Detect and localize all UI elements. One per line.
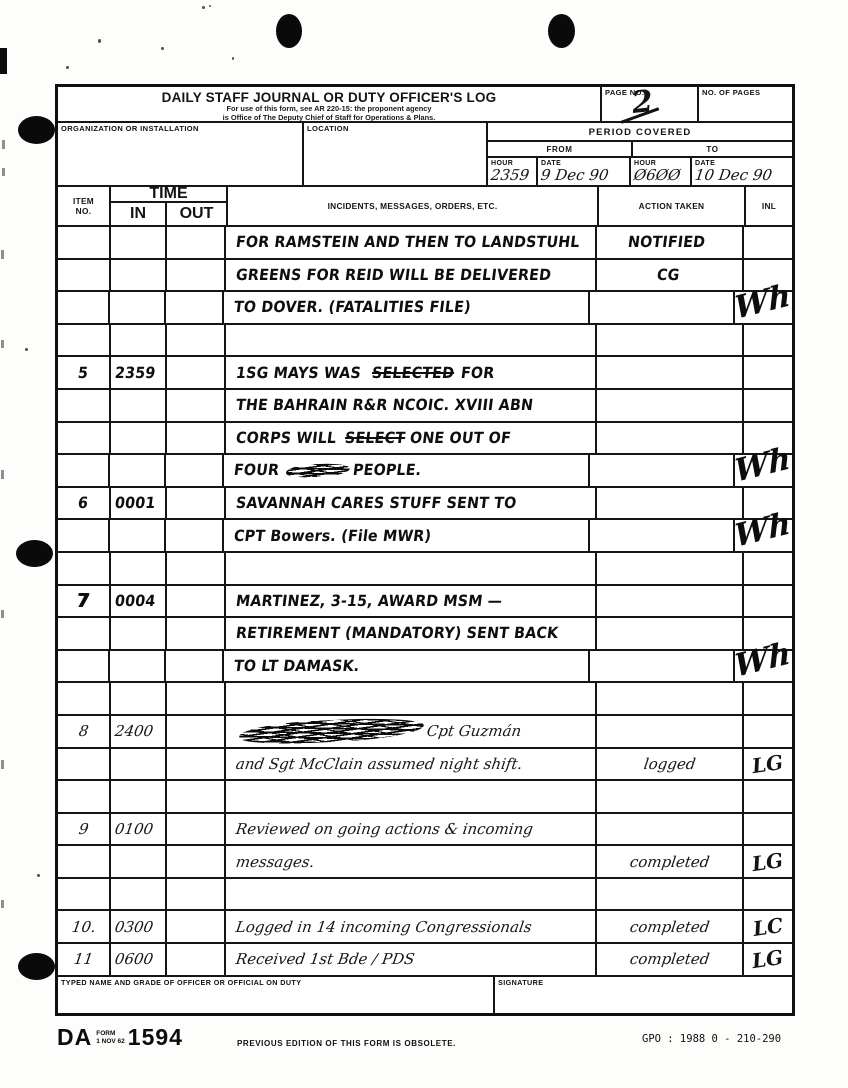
time-in-cell: 0600 xyxy=(111,944,167,975)
scan-edge-mark xyxy=(2,140,5,149)
item-no-cell: 6 xyxy=(58,488,111,519)
da-form-1594: DAILY STAFF JOURNAL OR DUTY OFFICER'S LO… xyxy=(55,84,795,1016)
incident-cell xyxy=(226,879,597,910)
time-in-cell: 0300 xyxy=(111,911,167,942)
initials-cell: Wh xyxy=(735,455,792,486)
time-in-cell: 2359 xyxy=(111,357,167,388)
incident-text: FOR xyxy=(460,364,496,382)
table-row: FOUR PEOPLE.Wh xyxy=(58,455,792,488)
time-in-cell xyxy=(111,423,167,454)
time-in-cell: 0001 xyxy=(111,488,167,519)
item-no-cell xyxy=(58,390,111,421)
time-out-cell xyxy=(166,455,224,486)
time-in-header: IN xyxy=(111,203,167,225)
action-cell xyxy=(597,618,744,649)
time-out-cell xyxy=(167,716,226,747)
action-cell xyxy=(597,683,744,714)
table-row xyxy=(58,879,792,912)
initials-cell: LC xyxy=(744,911,792,942)
time-header: TIME IN OUT xyxy=(111,187,228,225)
incident-text: Logged in 14 incoming Congressionals xyxy=(235,918,533,936)
table-row: 60001SAVANNAH CARES STUFF SENT TO xyxy=(58,488,792,521)
incident-cell: Received 1st Bde / PDS xyxy=(226,944,597,975)
period-from-date-cell: DATE 9 Dec 90 xyxy=(538,158,631,185)
time-in-value: 0004 xyxy=(114,592,157,610)
to-date-value-handwritten: 10 Dec 90 xyxy=(694,166,774,184)
action-cell xyxy=(597,325,744,356)
form-title-block: DAILY STAFF JOURNAL OR DUTY OFFICER'S LO… xyxy=(58,87,792,123)
form-subtitle-line2: is Office of The Deputy Chief of Staff f… xyxy=(58,114,600,123)
initials-cell xyxy=(744,553,792,584)
action-cell: CG xyxy=(597,260,744,291)
time-out-cell xyxy=(167,749,226,780)
scan-edge-mark xyxy=(2,168,5,176)
incident-text: messages. xyxy=(235,853,316,871)
da-prefix: DA xyxy=(57,1026,92,1049)
initials-value: LC xyxy=(751,913,784,941)
incident-cell: CPT Bowers. (File MWR) xyxy=(224,520,590,551)
hole-punch-top-right xyxy=(548,14,575,48)
action-cell xyxy=(597,879,744,910)
incident-cell: MARTINEZ, 3-15, AWARD MSM — xyxy=(226,586,597,617)
table-row: FOR RAMSTEIN AND THEN TO LANDSTUHLNOTIFI… xyxy=(58,227,792,260)
action-cell xyxy=(597,586,744,617)
incidents-header: INCIDENTS, MESSAGES, ORDERS, ETC. xyxy=(228,187,599,225)
action-taken-header: ACTION TAKEN xyxy=(599,187,746,225)
item-no-cell xyxy=(58,227,111,258)
scan-speck xyxy=(25,348,28,351)
incident-cell xyxy=(226,553,597,584)
org-location-period-block: ORGANIZATION OR INSTALLATION LOCATION PE… xyxy=(58,123,792,187)
incident-text: RETIREMENT (MANDATORY) SENT BACK xyxy=(235,624,559,642)
time-in-cell xyxy=(111,846,167,877)
period-from-to-row: FROM TO xyxy=(488,142,792,158)
initials-value: LG xyxy=(751,848,785,876)
organization-cell: ORGANIZATION OR INSTALLATION xyxy=(58,123,304,185)
obsolete-note: PREVIOUS EDITION OF THIS FORM IS OBSOLET… xyxy=(237,1039,456,1048)
form-word: FORM xyxy=(96,1030,125,1038)
scan-speck xyxy=(66,66,69,69)
no-of-pages-cell: NO. OF PAGES xyxy=(699,87,792,121)
scan-edge-mark xyxy=(1,250,4,259)
item-no-cell: 11 xyxy=(58,944,111,975)
action-taken-value: CG xyxy=(656,266,681,284)
time-out-cell xyxy=(167,553,226,584)
initials-cell: LG xyxy=(744,749,792,780)
time-in-value: 0001 xyxy=(114,494,157,512)
table-row: THE BAHRAIN R&R NCOIC. XVIII ABN xyxy=(58,390,792,423)
organization-label: ORGANIZATION OR INSTALLATION xyxy=(58,123,302,133)
item-no-cell: 10. xyxy=(58,911,111,942)
signature-label: SIGNATURE xyxy=(495,977,792,987)
scan-speck xyxy=(209,5,211,7)
item-no-cell xyxy=(58,651,110,682)
time-out-cell xyxy=(167,260,226,291)
scan-edge-mark xyxy=(1,760,4,769)
incident-text: TO LT DAMASK. xyxy=(233,657,361,675)
item-no-cell xyxy=(58,260,111,291)
initials-value: LG xyxy=(751,750,785,778)
incident-cell xyxy=(226,683,597,714)
action-cell xyxy=(590,292,735,323)
time-out-cell xyxy=(167,814,226,845)
scan-edge-mark xyxy=(1,340,4,348)
incident-cell: Cpt Guzmán xyxy=(226,716,597,747)
action-cell xyxy=(597,390,744,421)
time-in-cell xyxy=(111,325,167,356)
form-number: 1594 xyxy=(128,1026,183,1049)
no-of-pages-label: NO. OF PAGES xyxy=(699,87,792,97)
item-no-cell xyxy=(58,325,111,356)
item-no-value: 10. xyxy=(70,918,96,936)
location-cell: LOCATION xyxy=(304,123,488,185)
item-no-value: 7 xyxy=(75,590,90,612)
table-row: 10.0300Logged in 14 incoming Congression… xyxy=(58,911,792,944)
incident-text: Cpt Guzmán xyxy=(426,722,523,740)
item-header-line2: NO. xyxy=(76,206,92,216)
time-in-cell xyxy=(111,781,167,812)
initials-header: INL xyxy=(746,187,792,225)
item-no-value: 9 xyxy=(77,820,89,838)
incident-text: and Sgt McClain assumed night shift. xyxy=(235,755,524,773)
time-out-cell xyxy=(167,911,226,942)
initials-value: Wh xyxy=(734,285,791,321)
scribbled-out-text xyxy=(286,462,351,478)
time-in-cell xyxy=(111,260,167,291)
time-in-cell xyxy=(111,553,167,584)
item-no-cell: 8 xyxy=(58,716,111,747)
action-cell xyxy=(590,651,735,682)
initials-cell xyxy=(744,390,792,421)
time-out-header: OUT xyxy=(167,203,226,225)
incident-cell: RETIREMENT (MANDATORY) SENT BACK xyxy=(226,618,597,649)
typed-name-label: TYPED NAME AND GRADE OF OFFICER OR OFFIC… xyxy=(58,977,493,987)
item-header-line1: ITEM xyxy=(73,196,94,206)
item-no-cell: 7 xyxy=(58,586,111,617)
incident-cell: THE BAHRAIN R&R NCOIC. XVIII ABN xyxy=(226,390,597,421)
initials-cell xyxy=(744,716,792,747)
initials-cell: LG xyxy=(744,846,792,877)
table-row: 523591SG MAYS WAS SELECTED FOR xyxy=(58,357,792,390)
time-in-cell xyxy=(110,520,165,551)
incident-cell: FOR RAMSTEIN AND THEN TO LANDSTUHL xyxy=(226,227,597,258)
scan-speck xyxy=(37,874,40,877)
time-out-cell xyxy=(167,488,226,519)
table-row: GREENS FOR REID WILL BE DELIVEREDCG xyxy=(58,260,792,293)
incident-text: GREENS FOR REID WILL BE DELIVERED xyxy=(235,266,552,284)
incident-text: CORPS WILL xyxy=(235,429,338,447)
period-from-label: FROM xyxy=(488,142,633,156)
time-out-cell xyxy=(166,520,224,551)
action-cell xyxy=(597,423,744,454)
signature-cell: SIGNATURE xyxy=(495,977,792,1013)
initials-cell xyxy=(744,879,792,910)
time-in-cell: 0004 xyxy=(111,586,167,617)
item-no-value: 5 xyxy=(77,364,89,382)
item-no-cell: 5 xyxy=(58,357,111,388)
initials-cell xyxy=(744,586,792,617)
time-in-cell xyxy=(110,651,165,682)
title-cell: DAILY STAFF JOURNAL OR DUTY OFFICER'S LO… xyxy=(58,87,602,121)
incident-cell xyxy=(226,781,597,812)
action-cell xyxy=(597,488,744,519)
table-row: 82400 Cpt Guzmán xyxy=(58,716,792,749)
action-cell: completed xyxy=(597,846,744,877)
time-out-cell xyxy=(166,651,224,682)
initials-cell xyxy=(744,357,792,388)
hole-punch-top-left xyxy=(276,14,302,48)
incident-cell: CORPS WILL SELECT ONE OUT OF xyxy=(226,423,597,454)
period-covered-cell: PERIOD COVERED FROM TO HOUR 2359 DATE 9 … xyxy=(488,123,792,185)
time-in-out-header: IN OUT xyxy=(111,203,226,225)
table-row: messages.completedLG xyxy=(58,846,792,879)
time-out-cell xyxy=(167,944,226,975)
table-row: TO LT DAMASK.Wh xyxy=(58,651,792,684)
incident-text: ONE OUT OF xyxy=(409,429,512,447)
time-out-cell xyxy=(167,357,226,388)
table-row: CORPS WILL SELECT ONE OUT OF xyxy=(58,423,792,456)
time-out-cell xyxy=(167,390,226,421)
item-no-cell xyxy=(58,423,111,454)
incident-cell: and Sgt McClain assumed night shift. xyxy=(226,749,597,780)
table-row xyxy=(58,781,792,814)
time-in-cell xyxy=(111,879,167,910)
scan-edge-mark xyxy=(0,48,7,74)
incident-cell: Logged in 14 incoming Congressionals xyxy=(226,911,597,942)
initials-cell xyxy=(744,227,792,258)
scan-speck xyxy=(98,39,101,43)
item-no-cell xyxy=(58,781,111,812)
time-out-cell xyxy=(166,292,224,323)
item-no-cell xyxy=(58,879,111,910)
form-number-block: DA FORM 1 NOV 62 1594 xyxy=(57,1026,183,1049)
initials-value: Wh xyxy=(734,448,791,484)
time-in-cell xyxy=(111,390,167,421)
time-in-value: 0100 xyxy=(114,820,155,838)
incident-cell xyxy=(226,325,597,356)
table-row xyxy=(58,325,792,358)
incident-cell: Reviewed on going actions & incoming xyxy=(226,814,597,845)
table-row: RETIREMENT (MANDATORY) SENT BACK xyxy=(58,618,792,651)
action-taken-value: completed xyxy=(629,918,711,936)
time-out-cell xyxy=(167,618,226,649)
time-in-cell: 2400 xyxy=(111,716,167,747)
incident-cell: FOUR PEOPLE. xyxy=(224,455,590,486)
scan-speck xyxy=(202,6,205,9)
from-hour-value-handwritten: 2359 xyxy=(490,166,531,184)
time-in-value: 0600 xyxy=(114,950,155,968)
item-no-value: 11 xyxy=(73,950,95,968)
time-out-cell xyxy=(167,586,226,617)
incident-cell: messages. xyxy=(226,846,597,877)
time-in-cell xyxy=(110,455,165,486)
table-row: 70004MARTINEZ, 3-15, AWARD MSM — xyxy=(58,586,792,619)
incident-text: Received 1st Bde / PDS xyxy=(235,950,416,968)
journal-rows: FOR RAMSTEIN AND THEN TO LANDSTUHLNOTIFI… xyxy=(58,227,792,977)
gpo-print-code: GPO : 1988 0 - 210-290 xyxy=(642,1033,781,1045)
item-no-cell xyxy=(58,455,110,486)
incident-text: 1SG MAYS WAS xyxy=(235,364,362,382)
time-header-label: TIME xyxy=(111,187,226,203)
incident-text: SAVANNAH CARES STUFF SENT TO xyxy=(235,494,518,512)
form-edition-date: 1 NOV 62 xyxy=(96,1038,125,1046)
item-no-value: 6 xyxy=(77,494,89,512)
table-row: TO DOVER. (FATALITIES FILE)Wh xyxy=(58,292,792,325)
action-cell: completed xyxy=(597,911,744,942)
action-cell xyxy=(597,357,744,388)
time-in-value: 2400 xyxy=(114,722,155,740)
item-no-cell xyxy=(58,618,111,649)
initials-cell: Wh xyxy=(735,520,792,551)
signature-block: TYPED NAME AND GRADE OF OFFICER OR OFFIC… xyxy=(58,977,792,1013)
initials-cell xyxy=(744,683,792,714)
item-no-cell xyxy=(58,553,111,584)
incident-cell: TO LT DAMASK. xyxy=(224,651,590,682)
scan-edge-mark xyxy=(1,900,4,908)
action-cell xyxy=(597,781,744,812)
period-values-row: HOUR 2359 DATE 9 Dec 90 HOUR Ø6ØØ DATE 1… xyxy=(488,158,792,185)
initials-cell: Wh xyxy=(735,651,792,682)
incident-text: MARTINEZ, 3-15, AWARD MSM — xyxy=(235,592,503,610)
location-label: LOCATION xyxy=(304,123,486,133)
time-out-cell xyxy=(167,781,226,812)
initials-cell: LG xyxy=(744,944,792,975)
hole-punch-left-lower xyxy=(18,953,55,980)
incident-text: SELECTED xyxy=(371,364,455,382)
period-to-hour-cell: HOUR Ø6ØØ xyxy=(631,158,692,185)
incident-text: FOUR xyxy=(233,461,280,479)
incident-text: CPT Bowers. (File MWR) xyxy=(233,527,432,545)
incident-cell: GREENS FOR REID WILL BE DELIVERED xyxy=(226,260,597,291)
time-in-cell xyxy=(111,683,167,714)
action-cell: completed xyxy=(597,944,744,975)
scan-edge-mark xyxy=(1,610,4,618)
time-out-cell xyxy=(167,879,226,910)
initials-value: Wh xyxy=(734,643,791,679)
action-cell xyxy=(590,520,735,551)
period-to-date-cell: DATE 10 Dec 90 xyxy=(692,158,792,185)
incident-text: SELECT xyxy=(344,429,406,447)
time-in-cell xyxy=(111,749,167,780)
initials-value: LG xyxy=(751,945,785,973)
time-in-cell: 0100 xyxy=(111,814,167,845)
time-out-cell xyxy=(167,227,226,258)
incident-cell: 1SG MAYS WAS SELECTED FOR xyxy=(226,357,597,388)
time-out-cell xyxy=(167,683,226,714)
initials-cell xyxy=(744,814,792,845)
period-covered-label: PERIOD COVERED xyxy=(488,123,792,142)
action-taken-value: logged xyxy=(642,755,696,773)
scan-speck xyxy=(232,57,234,60)
time-out-cell xyxy=(167,325,226,356)
table-row xyxy=(58,683,792,716)
time-in-cell xyxy=(111,227,167,258)
incident-text: TO DOVER. (FATALITIES FILE) xyxy=(233,298,472,316)
table-row: 110600Received 1st Bde / PDScompletedLG xyxy=(58,944,792,977)
action-cell xyxy=(597,716,744,747)
incident-text: THE BAHRAIN R&R NCOIC. XVIII ABN xyxy=(235,396,534,414)
table-row: CPT Bowers. (File MWR)Wh xyxy=(58,520,792,553)
hole-punch-left-middle xyxy=(16,540,53,567)
action-cell xyxy=(590,455,735,486)
item-no-cell xyxy=(58,292,110,323)
table-row xyxy=(58,553,792,586)
incident-text: PEOPLE. xyxy=(352,461,423,479)
time-out-cell xyxy=(167,846,226,877)
action-cell xyxy=(597,814,744,845)
table-row: and Sgt McClain assumed night shift.logg… xyxy=(58,749,792,782)
hole-punch-left-upper xyxy=(18,116,55,144)
item-no-cell: 9 xyxy=(58,814,111,845)
incident-cell: SAVANNAH CARES STUFF SENT TO xyxy=(226,488,597,519)
typed-name-cell: TYPED NAME AND GRADE OF OFFICER OR OFFIC… xyxy=(58,977,495,1013)
action-taken-value: completed xyxy=(629,853,711,871)
item-no-header: ITEM NO. xyxy=(58,187,111,225)
time-in-value: 0300 xyxy=(114,918,155,936)
initials-value: Wh xyxy=(734,513,791,549)
item-no-cell xyxy=(58,846,111,877)
journal-table-header: ITEM NO. TIME IN OUT INCIDENTS, MESSAGES… xyxy=(58,187,792,227)
period-from-hour-cell: HOUR 2359 xyxy=(488,158,538,185)
time-in-cell xyxy=(110,292,165,323)
time-in-cell xyxy=(111,618,167,649)
incident-text: Reviewed on going actions & incoming xyxy=(235,820,534,838)
incident-cell: TO DOVER. (FATALITIES FILE) xyxy=(224,292,590,323)
action-cell xyxy=(597,553,744,584)
item-no-cell xyxy=(58,749,111,780)
scan-speck xyxy=(161,47,164,50)
action-taken-value: completed xyxy=(629,950,711,968)
period-to-label: TO xyxy=(633,142,792,156)
time-out-cell xyxy=(167,423,226,454)
form-edition-stack: FORM 1 NOV 62 xyxy=(96,1030,125,1046)
scan-edge-mark xyxy=(1,470,4,479)
to-hour-value-handwritten: Ø6ØØ xyxy=(633,166,682,184)
time-in-value: 2359 xyxy=(114,364,157,382)
incident-text: FOR RAMSTEIN AND THEN TO LANDSTUHL xyxy=(235,233,581,251)
initials-cell xyxy=(744,781,792,812)
action-taken-value: NOTIFIED xyxy=(626,233,705,251)
form-title: DAILY STAFF JOURNAL OR DUTY OFFICER'S LO… xyxy=(58,90,600,105)
initials-cell xyxy=(744,325,792,356)
table-row: 90100Reviewed on going actions & incomin… xyxy=(58,814,792,847)
action-cell: logged xyxy=(597,749,744,780)
scribbled-out-text xyxy=(239,715,425,747)
item-no-value: 8 xyxy=(77,722,89,740)
initials-cell: Wh xyxy=(735,292,792,323)
action-cell: NOTIFIED xyxy=(597,227,744,258)
item-no-cell xyxy=(58,520,110,551)
from-date-value-handwritten: 9 Dec 90 xyxy=(540,166,610,184)
page-no-cell: PAGE NO. 2 xyxy=(602,87,699,121)
item-no-cell xyxy=(58,683,111,714)
